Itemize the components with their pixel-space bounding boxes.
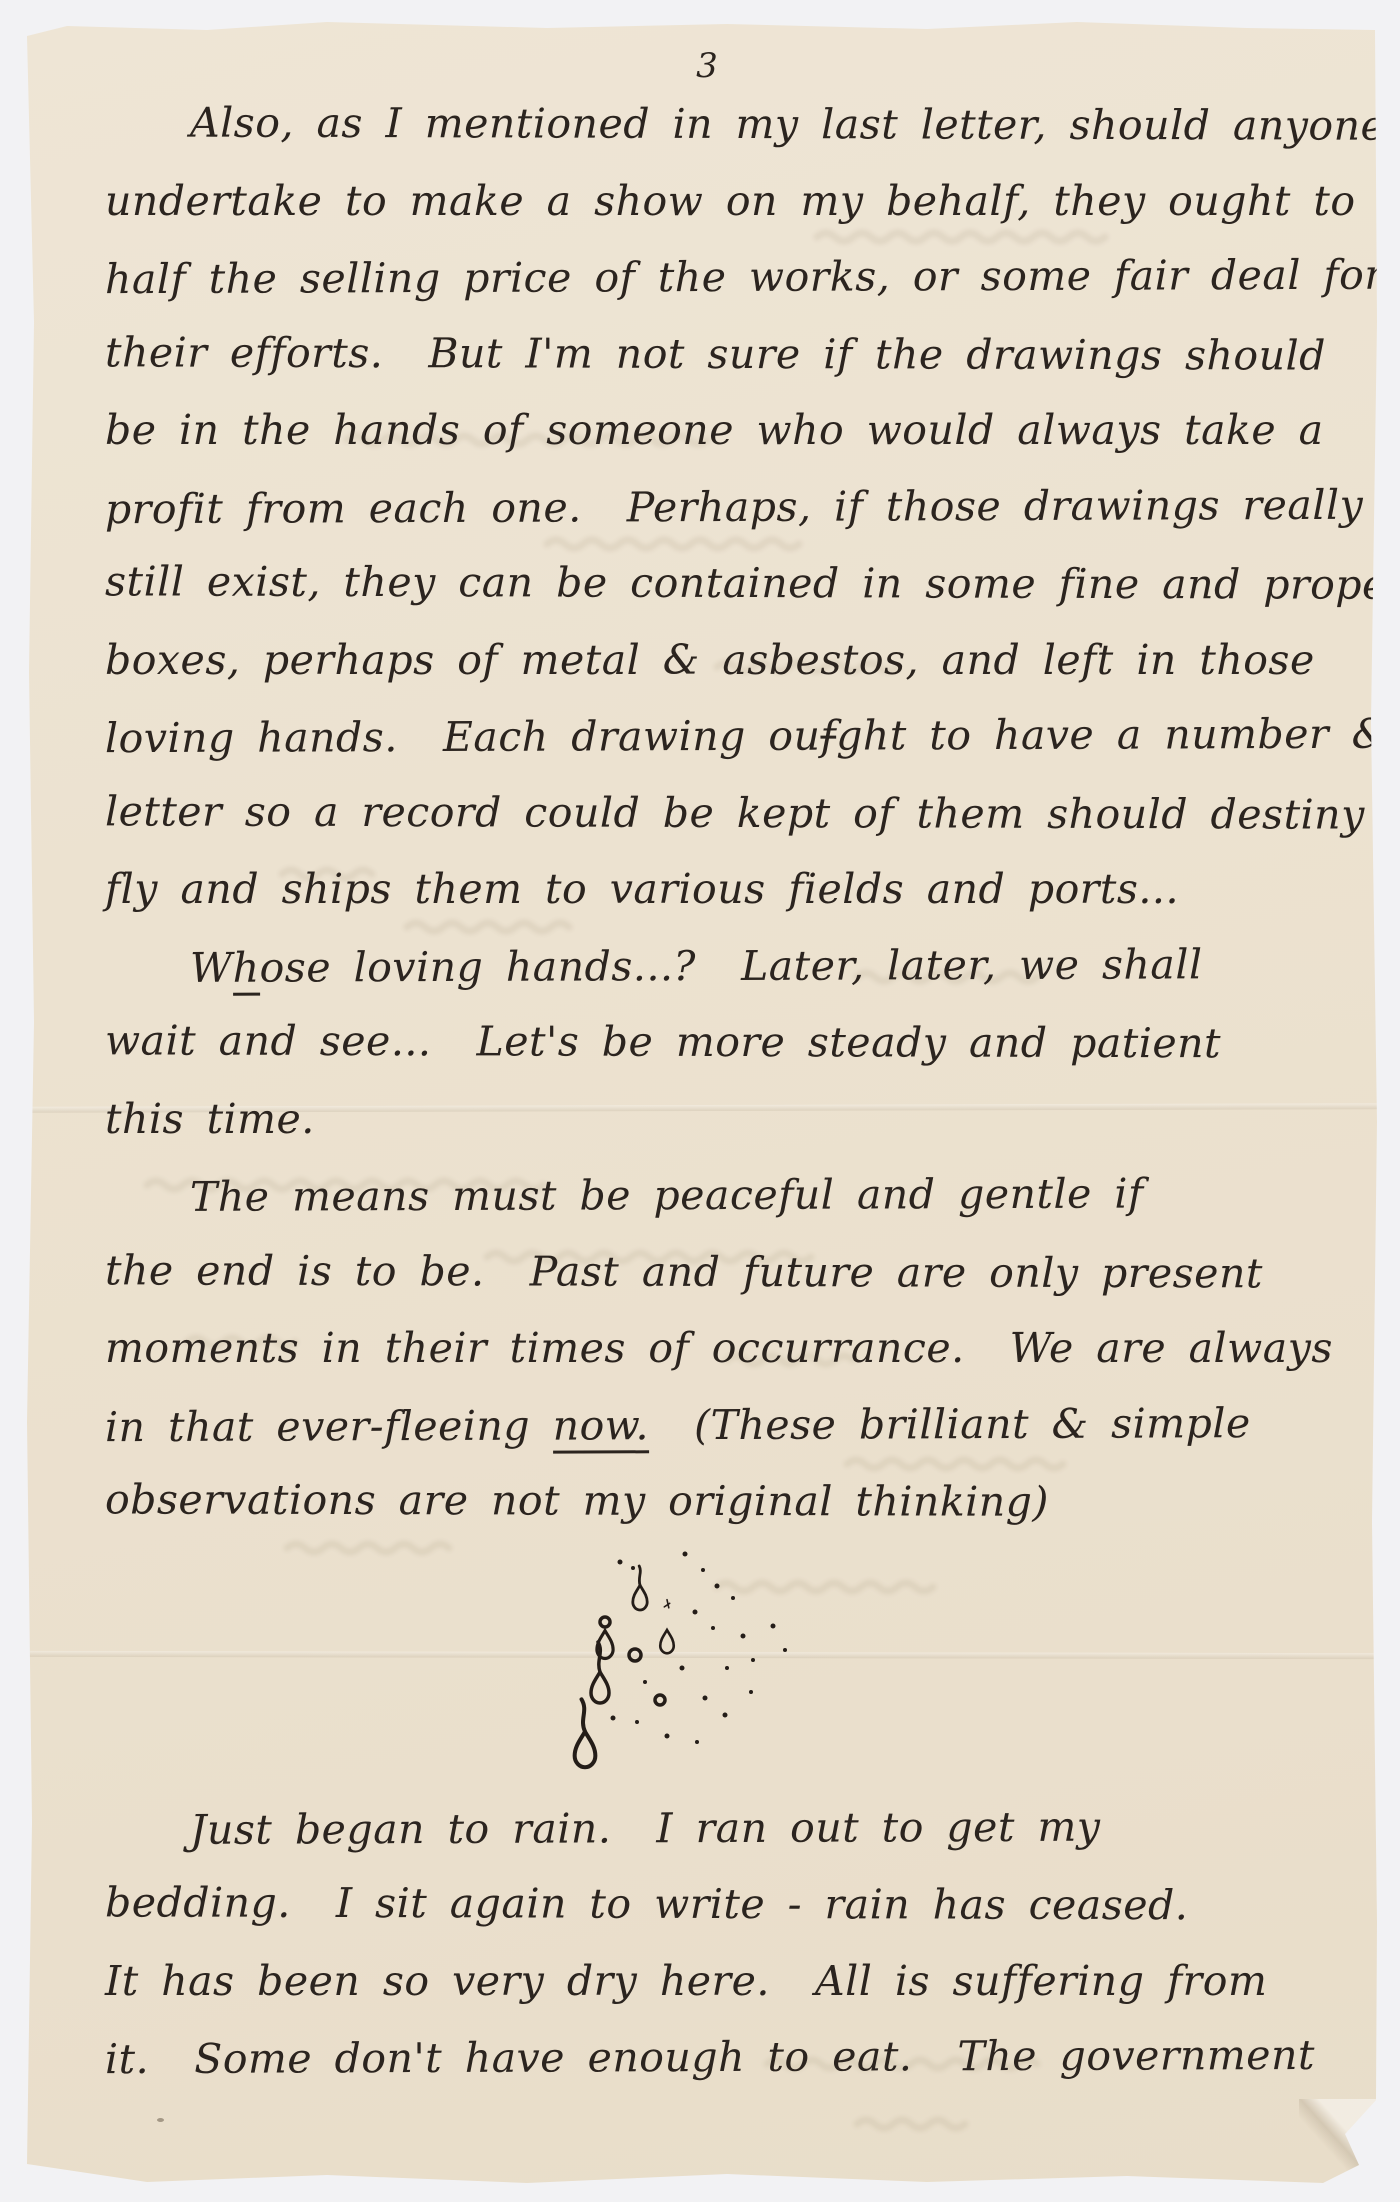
letter-text-segment: ght to have a number &/or — [836, 709, 1400, 759]
letter-line: Just began to rain. I ran out to get my — [105, 1787, 1345, 1868]
letter-line: be in the hands of someone who would alw… — [105, 392, 1345, 469]
letter-text-segment: fly and ships them to various fields and… — [105, 865, 1179, 913]
letter-text-segment: It has been so very dry here. All is suf… — [105, 1957, 1267, 2005]
letter-line-doodle — [105, 1540, 1345, 1790]
letter-line: profit from each one. Perhaps, if those … — [105, 466, 1345, 547]
letter-text-segment: observations are not my original thinkin… — [105, 1475, 1049, 1525]
letter-line: undertake to make a show on my behalf, t… — [105, 163, 1345, 240]
letter-text-segment: the end is to be. Past and future are on… — [105, 1246, 1263, 1297]
letter-text-segment: boxes, perhaps of metal & asbestos, and … — [105, 636, 1315, 684]
letter-text-segment: h — [233, 943, 260, 995]
letter-line: It has been so very dry here. All is suf… — [105, 1943, 1345, 2020]
letter-text-segment: this time. — [105, 1095, 315, 1143]
letter-text-segment: bedding. I sit again to write - rain has… — [105, 1878, 1188, 1929]
letter-text-segment: letter so a record could be kept of them… — [105, 787, 1365, 838]
letter-line: Also, as I mentioned in my last letter, … — [105, 84, 1345, 164]
letter-text-segment: now. — [553, 1401, 650, 1453]
letter-text-segment: moments in their times of occurrance. We… — [105, 1324, 1333, 1372]
letter-text-segment: profit from each one. Perhaps, if those … — [105, 480, 1363, 532]
letter-text-segment: Also, as I mentioned in my last letter, … — [190, 99, 1385, 150]
letter-line: moments in their times of occurrance. We… — [105, 1310, 1345, 1387]
letter-text-segment: W — [190, 943, 233, 991]
letter-text-segment: loving hands. Each drawing ou — [105, 712, 821, 762]
letter-text-segment: ose loving hands...? Later, later, we sh… — [259, 940, 1202, 991]
letter-line: loving hands. Each drawing oufght to hav… — [105, 696, 1345, 777]
letter-line: Whose loving hands...? Later, later, we … — [105, 925, 1345, 1006]
letter-text-segment: their efforts. But I'm not sure if the d… — [105, 328, 1326, 379]
letter-line: half the selling price of the works, or … — [105, 237, 1345, 318]
letter-paper-sheet: 3 Also, as I mentioned in my last letter… — [27, 22, 1377, 2183]
letter-text-segment: (These brilliant & simple — [649, 1399, 1251, 1449]
letter-text-segment: still exist, they can be contained in so… — [105, 557, 1400, 608]
letter-line: letter so a record could be kept of them… — [105, 773, 1345, 853]
letter-line: bedding. I sit again to write - rain has… — [105, 1864, 1345, 1944]
letter-text-segment: undertake to make a show on my behalf, t… — [105, 177, 1400, 225]
page-number: 3 — [677, 46, 737, 86]
letter-line: fly and ships them to various fields and… — [105, 851, 1345, 928]
letter-line: The means must be peaceful and gentle if — [105, 1155, 1345, 1236]
letter-text-segment: The means must be peaceful and gentle if — [190, 1170, 1144, 1221]
letter-line: the end is to be. Past and future are on… — [105, 1232, 1345, 1312]
letter-text-segment: in that ever-fleeing — [105, 1401, 553, 1451]
letter-line: in that ever-fleeing now. (These brillia… — [105, 1384, 1345, 1465]
letter-line: it. Some don't have enough to eat. The g… — [105, 2017, 1345, 2098]
letter-line: boxes, perhaps of metal & asbestos, and … — [105, 622, 1345, 699]
letter-line: this time. — [105, 1081, 1345, 1158]
letter-text-segment: Just began to rain. I ran out to get my — [190, 1802, 1101, 1853]
letter-text-segment: wait and see... Let's be more steady and… — [105, 1016, 1221, 1067]
letter-line: wait and see... Let's be more steady and… — [105, 1002, 1345, 1082]
letter-line: their efforts. But I'm not sure if the d… — [105, 314, 1345, 394]
letter-text-segment: it. Some don't have enough to eat. The g… — [105, 2031, 1315, 2083]
ink-raindrops-doodle — [545, 1540, 815, 1790]
letter-text-segment: half the selling price of the works, or … — [105, 251, 1385, 303]
letter-text-segment: be in the hands of someone who would alw… — [105, 406, 1324, 454]
scanned-letter-scan: 3 Also, as I mentioned in my last letter… — [0, 0, 1400, 2202]
letter-text-segment: f — [820, 712, 836, 760]
folded-corner — [1299, 2099, 1377, 2183]
letter-line: still exist, they can be contained in so… — [105, 543, 1345, 623]
ink-speck — [157, 2118, 164, 2122]
letter-body: Also, as I mentioned in my last letter, … — [105, 86, 1345, 2096]
letter-line: observations are not my original thinkin… — [105, 1461, 1345, 1541]
